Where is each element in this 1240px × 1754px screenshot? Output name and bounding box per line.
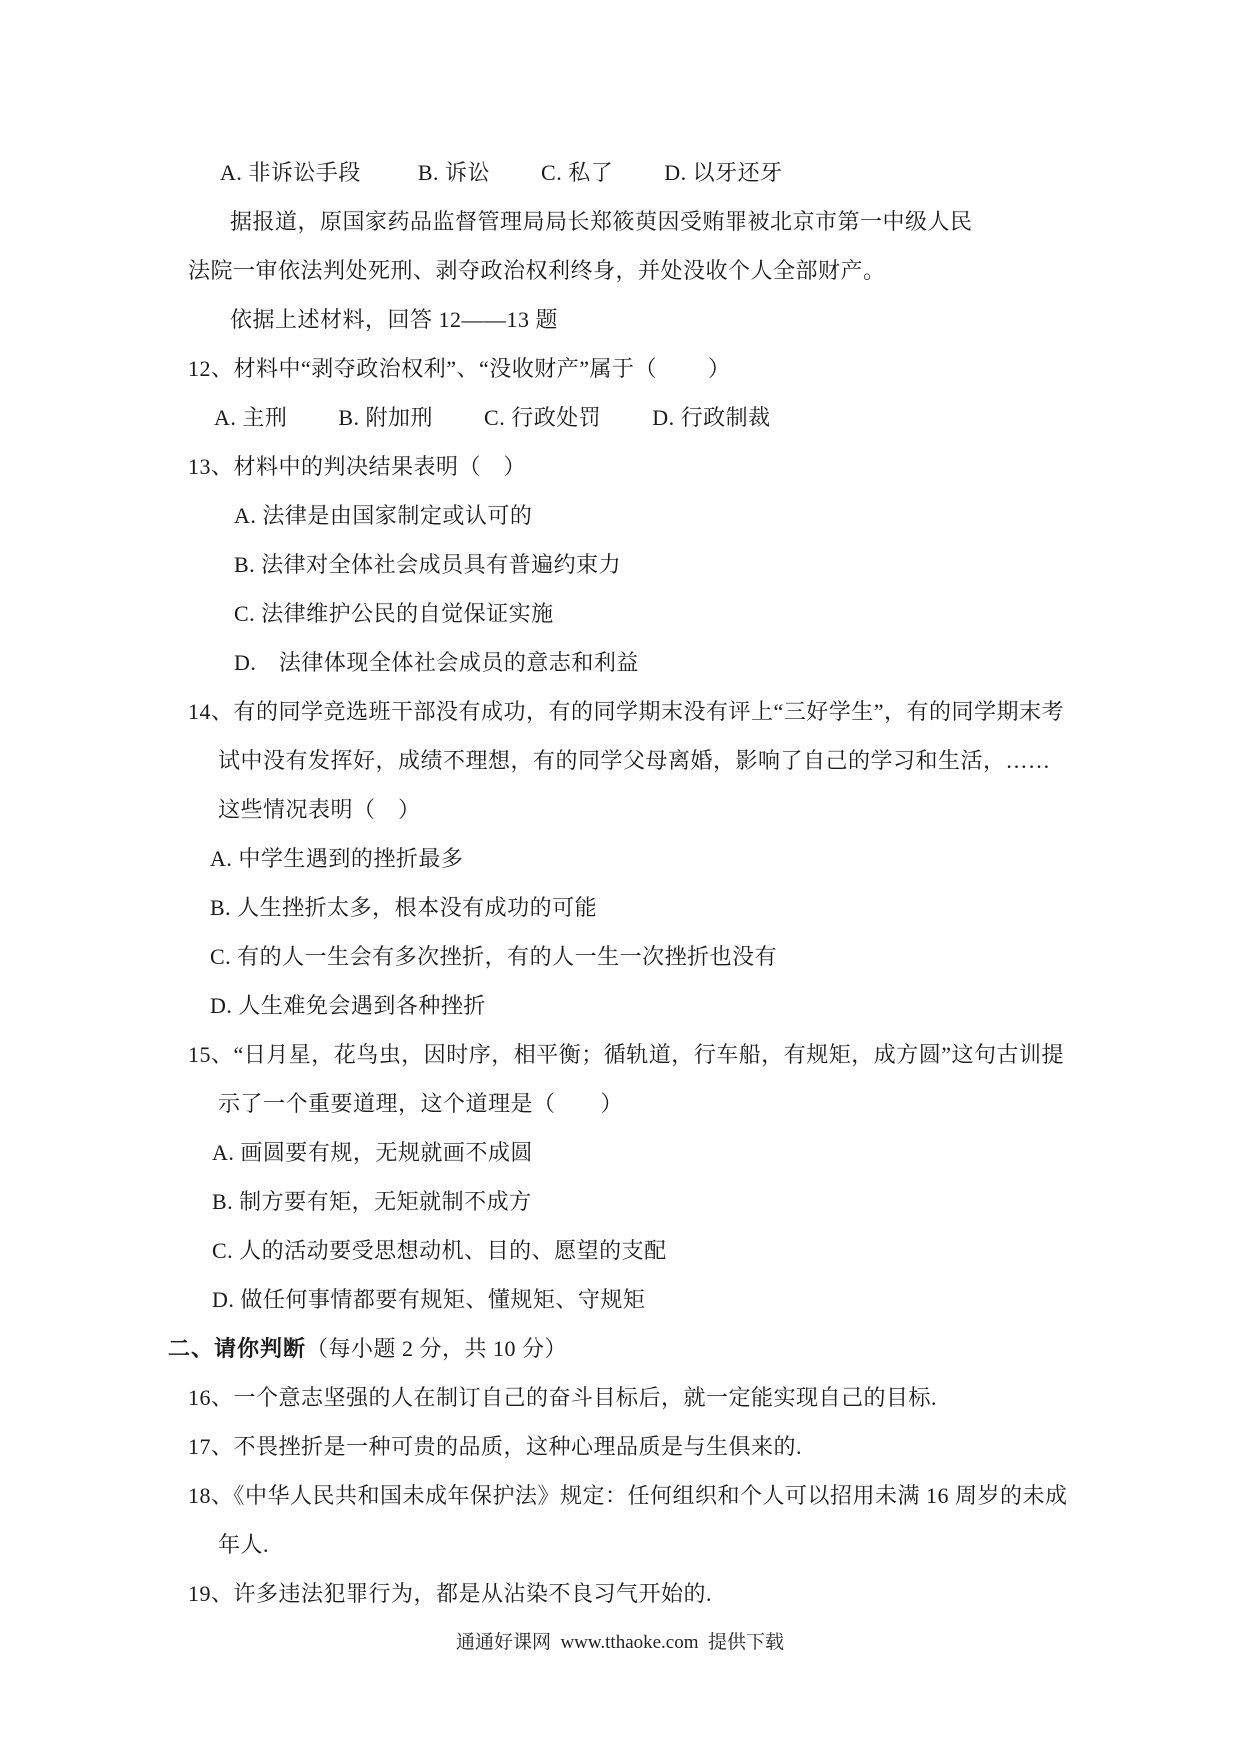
line-text: D. 法律体现全体社会成员的意志和利益 <box>234 650 639 675</box>
question-14-line-1: 14、有的同学竞选班干部没有成功，有的同学期末没有评上“三好学生”，有的同学期末… <box>188 687 1108 736</box>
line-text: 18、《中华人民共和国未成年保护法》规定：任何组织和个人可以招用未满 16 周岁… <box>188 1483 1068 1508</box>
line-text: 据报道，原国家药品监督管理局局长郑筱萸因受贿罪被北京市第一中级人民 <box>230 209 973 234</box>
line-text: B. 法律对全体社会成员具有普遍约束力 <box>234 552 621 577</box>
line-text: 示了一个重要道理，这个道理是（ ） <box>218 1091 623 1116</box>
line-text: （每小题 2 分，共 10 分） <box>306 1336 567 1361</box>
question-15-line-2: 示了一个重要道理，这个道理是（ ） <box>218 1079 1108 1128</box>
q13-option-d: D. 法律体现全体社会成员的意志和利益 <box>234 638 1108 687</box>
line-text: B. 制方要有矩，无矩就制不成方 <box>212 1189 532 1214</box>
document-body: A. 非诉讼手段 B. 诉讼 C. 私了 D. 以牙还牙据报道，原国家药品监督管… <box>188 148 1108 1618</box>
q13-option-b: B. 法律对全体社会成员具有普遍约束力 <box>234 540 1108 589</box>
line-text: A. 非诉讼手段 B. 诉讼 C. 私了 D. 以牙还牙 <box>220 160 783 185</box>
q15-option-c: C. 人的活动要受思想动机、目的、愿望的支配 <box>212 1226 1108 1275</box>
line-text: 15、“日月星，花鸟虫，因时序，相平衡；循轨道，行车船，有规矩，成方圆”这句古训… <box>188 1042 1064 1067</box>
line-text: C. 法律维护公民的自觉保证实施 <box>234 601 554 626</box>
line-text: 17、不畏挫折是一种可贵的品质，这种心理品质是与生俱来的. <box>188 1434 802 1459</box>
line-text: C. 有的人一生会有多次挫折，有的人一生一次挫折也没有 <box>210 944 777 969</box>
question-16: 16、一个意志坚强的人在制订自己的奋斗目标后，就一定能实现自己的目标. <box>188 1373 1108 1422</box>
q12-options-row: A. 主刑 B. 附加刑 C. 行政处罚 D. 行政制裁 <box>214 393 1108 442</box>
question-14-line-2: 试中没有发挥好，成绩不理想，有的同学父母离婚，影响了自己的学习和生活，…… <box>218 736 1108 785</box>
q14-option-b: B. 人生挫折太多，根本没有成功的可能 <box>210 883 1108 932</box>
line-text: A. 中学生遇到的挫折最多 <box>210 846 463 871</box>
question-18-line-2: 年人. <box>218 1520 1108 1569</box>
question-17: 17、不畏挫折是一种可贵的品质，这种心理品质是与生俱来的. <box>188 1422 1108 1471</box>
line-text: 依据上述材料，回答 12——13 题 <box>230 307 558 332</box>
line-text: 这些情况表明（ ） <box>218 797 421 822</box>
passage-instruction: 依据上述材料，回答 12——13 题 <box>230 295 1108 344</box>
line-text: D. 人生难免会遇到各种挫折 <box>210 993 486 1018</box>
q14-option-d: D. 人生难免会遇到各种挫折 <box>210 981 1108 1030</box>
q11-options-row: A. 非诉讼手段 B. 诉讼 C. 私了 D. 以牙还牙 <box>220 148 1108 197</box>
passage-line-2: 法院一审依法判处死刑、剥夺政治权利终身，并处没收个人全部财产。 <box>188 246 1108 295</box>
line-text: 14、有的同学竞选班干部没有成功，有的同学期末没有评上“三好学生”，有的同学期末… <box>188 699 1064 724</box>
q13-option-c: C. 法律维护公民的自觉保证实施 <box>234 589 1108 638</box>
line-text: 13、材料中的判决结果表明（ ） <box>188 454 526 479</box>
question-15-line-1: 15、“日月星，花鸟虫，因时序，相平衡；循轨道，行车船，有规矩，成方圆”这句古训… <box>188 1030 1108 1079</box>
question-18-line-1: 18、《中华人民共和国未成年保护法》规定：任何组织和个人可以招用未满 16 周岁… <box>188 1471 1108 1520</box>
q15-option-b: B. 制方要有矩，无矩就制不成方 <box>212 1177 1108 1226</box>
line-text: A. 主刑 B. 附加刑 C. 行政处罚 D. 行政制裁 <box>214 405 771 430</box>
section-heading-text: 二、请你判断 <box>168 1336 306 1361</box>
line-text: B. 人生挫折太多，根本没有成功的可能 <box>210 895 597 920</box>
q13-option-a: A. 法律是由国家制定或认可的 <box>234 491 1108 540</box>
q15-option-d: D. 做任何事情都要有规矩、懂规矩、守规矩 <box>212 1275 1108 1324</box>
q14-option-c: C. 有的人一生会有多次挫折，有的人一生一次挫折也没有 <box>210 932 1108 981</box>
line-text: 试中没有发挥好，成绩不理想，有的同学父母离婚，影响了自己的学习和生活，…… <box>218 748 1051 773</box>
section-2-heading: 二、请你判断（每小题 2 分，共 10 分） <box>168 1324 1108 1373</box>
question-14-line-3: 这些情况表明（ ） <box>218 785 1108 834</box>
line-text: A. 法律是由国家制定或认可的 <box>234 503 532 528</box>
line-text: 法院一审依法判处死刑、剥夺政治权利终身，并处没收个人全部财产。 <box>188 258 886 283</box>
passage-line-1: 据报道，原国家药品监督管理局局长郑筱萸因受贿罪被北京市第一中级人民 <box>230 197 1108 246</box>
question-19: 19、许多违法犯罪行为，都是从沾染不良习气开始的. <box>188 1569 1108 1618</box>
line-text: D. 做任何事情都要有规矩、懂规矩、守规矩 <box>212 1287 645 1312</box>
page-footer: 通通好课网 www.tthaoke.com 提供下载 <box>0 1630 1240 1656</box>
line-text: 12、材料中“剥夺政治权利”、“没收财产”属于（ ） <box>188 356 731 381</box>
question-12: 12、材料中“剥夺政治权利”、“没收财产”属于（ ） <box>188 344 1108 393</box>
line-text: 16、一个意志坚强的人在制订自己的奋斗目标后，就一定能实现自己的目标. <box>188 1385 937 1410</box>
question-13: 13、材料中的判决结果表明（ ） <box>188 442 1108 491</box>
line-text: 19、许多违法犯罪行为，都是从沾染不良习气开始的. <box>188 1581 712 1606</box>
line-text: 年人. <box>218 1532 269 1557</box>
q15-option-a: A. 画圆要有规，无规就画不成圆 <box>212 1128 1108 1177</box>
q14-option-a: A. 中学生遇到的挫折最多 <box>210 834 1108 883</box>
footer-text: 通通好课网 www.tthaoke.com 提供下载 <box>456 1632 784 1653</box>
line-text: C. 人的活动要受思想动机、目的、愿望的支配 <box>212 1238 667 1263</box>
line-text: A. 画圆要有规，无规就画不成圆 <box>212 1140 533 1165</box>
